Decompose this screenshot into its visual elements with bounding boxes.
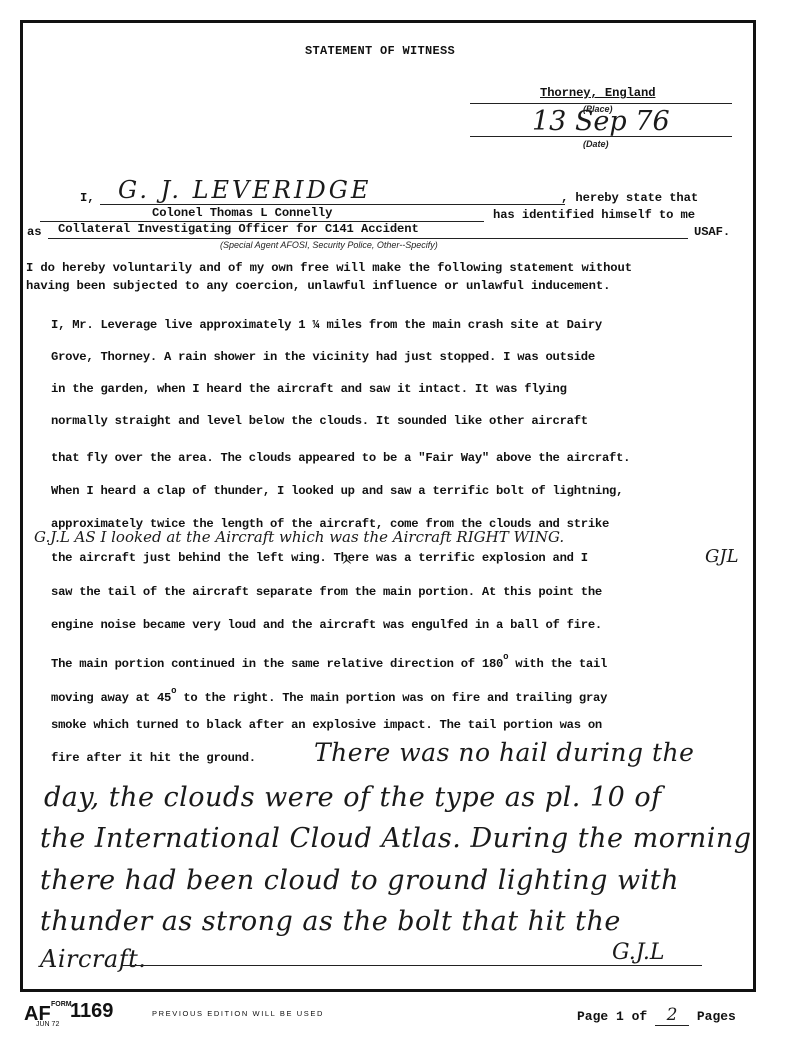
date-value: 13 Sep 76 — [532, 106, 670, 137]
margin-initials: GJL — [705, 546, 739, 567]
handwritten-line-5: thunder as strong as the bolt that hit t… — [40, 906, 621, 937]
witness-name: G. J. LEVERIDGE — [118, 176, 371, 204]
line-12-tail: to the right. The main portion was on fi… — [176, 691, 607, 705]
statement-line-3: in the garden, when I heard the aircraft… — [51, 382, 567, 396]
statement-line-5: that fly over the area. The clouds appea… — [51, 451, 630, 465]
statement-line-13: smoke which turned to black after an exp… — [51, 718, 602, 732]
statement-line-6: When I heard a clap of thunder, I looked… — [51, 484, 623, 498]
edition-note: PREVIOUS EDITION WILL BE USED — [152, 1009, 324, 1018]
witness-suffix: , hereby state that — [561, 191, 698, 205]
statement-line-4: normally straight and level below the cl… — [51, 414, 588, 428]
witness-prefix: I, — [80, 191, 94, 205]
form-title: STATEMENT OF WITNESS — [0, 44, 760, 58]
handwritten-line-3: the International Cloud Atlas. During th… — [40, 823, 752, 854]
date-caption: (Date) — [583, 139, 609, 149]
declaration-line-2: having been subjected to any coercion, u… — [26, 279, 610, 293]
statement-line-11: The main portion continued in the same r… — [51, 652, 607, 671]
line-11-text: The main portion continued in the same r… — [51, 657, 503, 671]
statement-line-9: saw the tail of the aircraft separate fr… — [51, 585, 602, 599]
form-word: FORM — [51, 1001, 72, 1008]
handwritten-line-1: There was no hail during the — [314, 738, 694, 767]
role-caption: (Special Agent AFOSI, Security Police, O… — [220, 240, 438, 250]
page-label-suffix: Pages — [697, 1009, 736, 1024]
page-total: 2 — [655, 1005, 689, 1026]
place-value: Thorney, England — [540, 86, 655, 100]
form-date: JUN 72 — [36, 1021, 59, 1028]
correction-annotation: G.J.L AS I looked at the Aircraft which … — [34, 528, 564, 546]
usaf-label: USAF. — [694, 225, 730, 239]
handwritten-line-2: day, the clouds were of the type as pl. … — [44, 782, 662, 813]
insertion-caret: ^ — [341, 558, 353, 574]
statement-line-1: I, Mr. Leverage live approximately 1 ¼ m… — [51, 318, 602, 332]
form-number: 1169 — [70, 1000, 113, 1023]
line-11-tail: with the tail — [508, 657, 607, 671]
line-12-text: moving away at 45 — [51, 691, 171, 705]
statement-line-2: Grove, Thorney. A rain shower in the vic… — [51, 350, 595, 364]
officer-name: Colonel Thomas L Connelly — [152, 206, 332, 220]
statement-line-12: moving away at 45o to the right. The mai… — [51, 686, 607, 705]
statement-line-8: the aircraft just behind the left wing. … — [51, 551, 588, 565]
statement-line-10: engine noise became very loud and the ai… — [51, 618, 602, 632]
page-label-prefix: Page 1 of — [577, 1009, 647, 1024]
officer-role: Collateral Investigating Officer for C14… — [58, 222, 419, 236]
page-count: Page 1 of 2 Pages — [577, 1005, 736, 1026]
closing-initials: G.J.L — [612, 940, 665, 965]
statement-line-14: fire after it hit the ground. — [51, 751, 256, 765]
as-label: as — [27, 225, 41, 239]
declaration-line-1: I do hereby voluntarily and of my own fr… — [26, 261, 632, 275]
officer-suffix: has identified himself to me — [493, 208, 695, 222]
handwritten-line-4: there had been cloud to ground lighting … — [40, 865, 679, 896]
